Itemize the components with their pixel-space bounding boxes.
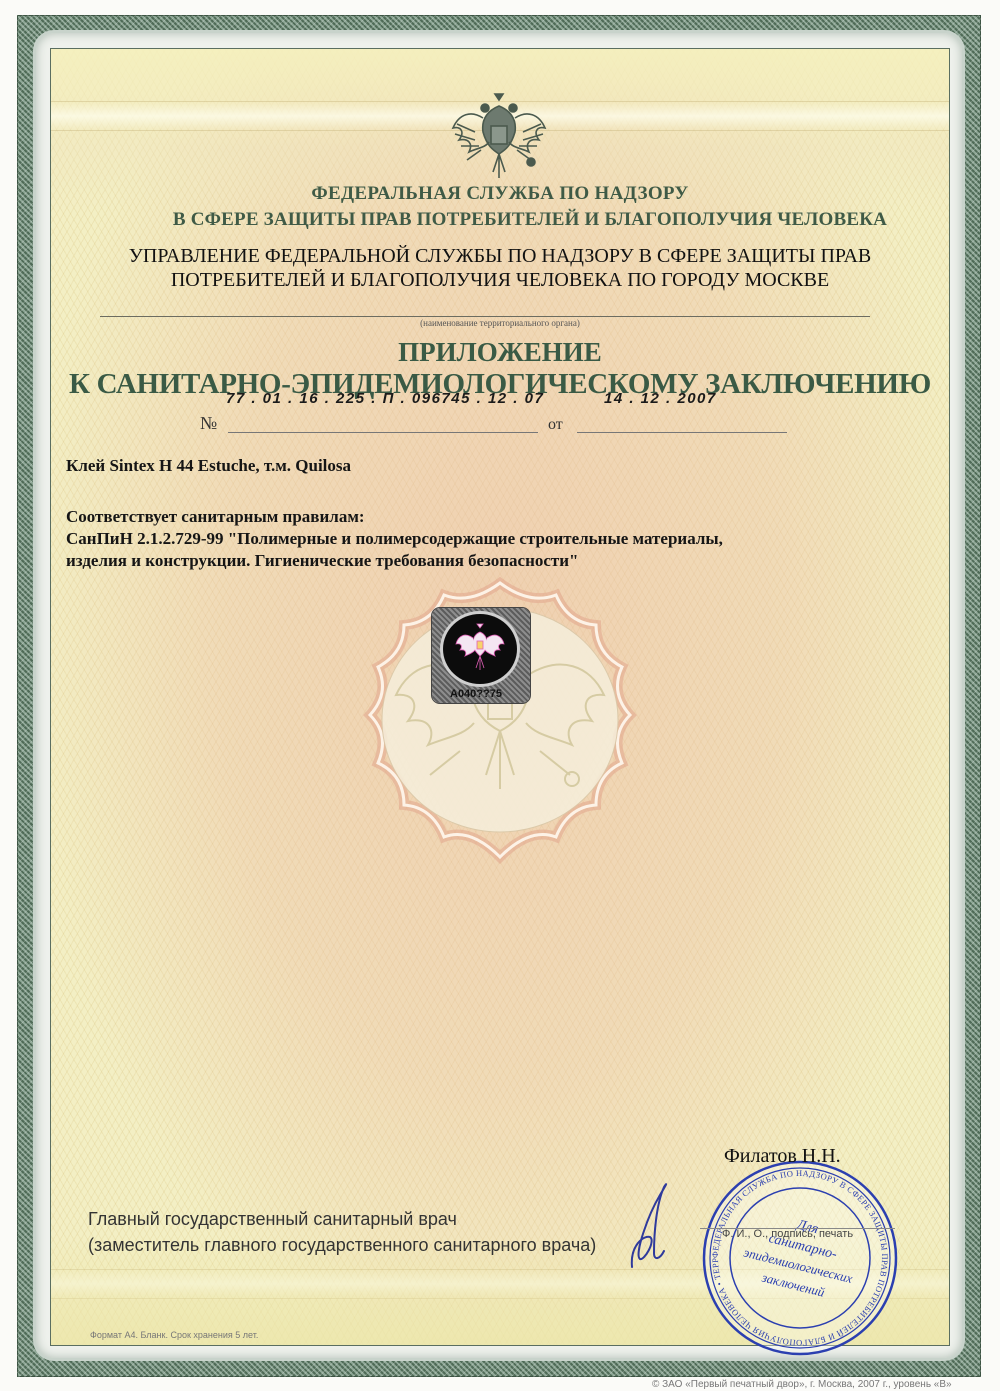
state-emblem-icon xyxy=(445,88,553,188)
date-label: от xyxy=(548,416,563,434)
compliance-heading: Соответствует санитарным правилам: xyxy=(66,506,723,528)
signer-name: Филатов Н.Н. xyxy=(724,1145,841,1168)
document-title: ПРИЛОЖЕНИЕ xyxy=(0,337,1000,368)
conclusion-date: 14 . 12 . 2007 xyxy=(604,390,717,407)
hologram-serial: А040??75 xyxy=(450,688,502,700)
agency-name-line1: ФЕДЕРАЛЬНАЯ СЛУЖБА ПО НАДЗОРУ xyxy=(0,183,1000,205)
date-underline xyxy=(577,432,787,433)
compliance-line2: изделия и конструкции. Гигиенические тре… xyxy=(66,550,723,572)
agency-name-line2: В СФЕРЕ ЗАЩИТЫ ПРАВ ПОТРЕБИТЕЛЕЙ И БЛАГО… xyxy=(0,209,1000,231)
compliance-block: Соответствует санитарным правилам: СанПи… xyxy=(66,506,723,572)
number-label: № xyxy=(200,413,217,434)
number-underline xyxy=(228,432,538,433)
department-name-line1: УПРАВЛЕНИЕ ФЕДЕРАЛЬНОЙ СЛУЖБЫ ПО НАДЗОРУ… xyxy=(0,245,1000,268)
product-name: Клей Sintex H 44 Estuche, т.м. Quilosa xyxy=(66,455,351,477)
format-note: Формат А4. Бланк. Срок хранения 5 лет. xyxy=(90,1330,258,1340)
signer-role: Главный государственный санитарный врач xyxy=(88,1209,457,1230)
department-underline xyxy=(100,316,870,317)
compliance-line1: СанПиН 2.1.2.729-99 "Полимерные и полиме… xyxy=(66,528,723,550)
official-stamp-icon: ФЕДЕРАЛЬНАЯ СЛУЖБА ПО НАДЗОРУ В СФЕРЕ ЗА… xyxy=(700,1158,900,1358)
hologram-eagle-icon xyxy=(443,614,517,684)
conclusion-number: 77 . 01 . 16 . 225 . П . 096745 . 12 . 0… xyxy=(226,390,544,407)
printer-imprint: © ЗАО «Первый печатный двор», г. Москва,… xyxy=(652,1379,952,1390)
security-hologram: А040??75 xyxy=(432,608,530,703)
department-caption: (наименование территориального органа) xyxy=(0,318,1000,328)
department-name-line2: ПОТРЕБИТЕЛЕЙ И БЛАГОПОЛУЧИЯ ЧЕЛОВЕКА ПО … xyxy=(0,269,1000,292)
signature-caption: Ф. И., О., подпись, печать xyxy=(722,1228,853,1240)
handwritten-signature-icon xyxy=(620,1175,690,1275)
signer-role-deputy: (заместитель главного государственного с… xyxy=(88,1235,596,1256)
